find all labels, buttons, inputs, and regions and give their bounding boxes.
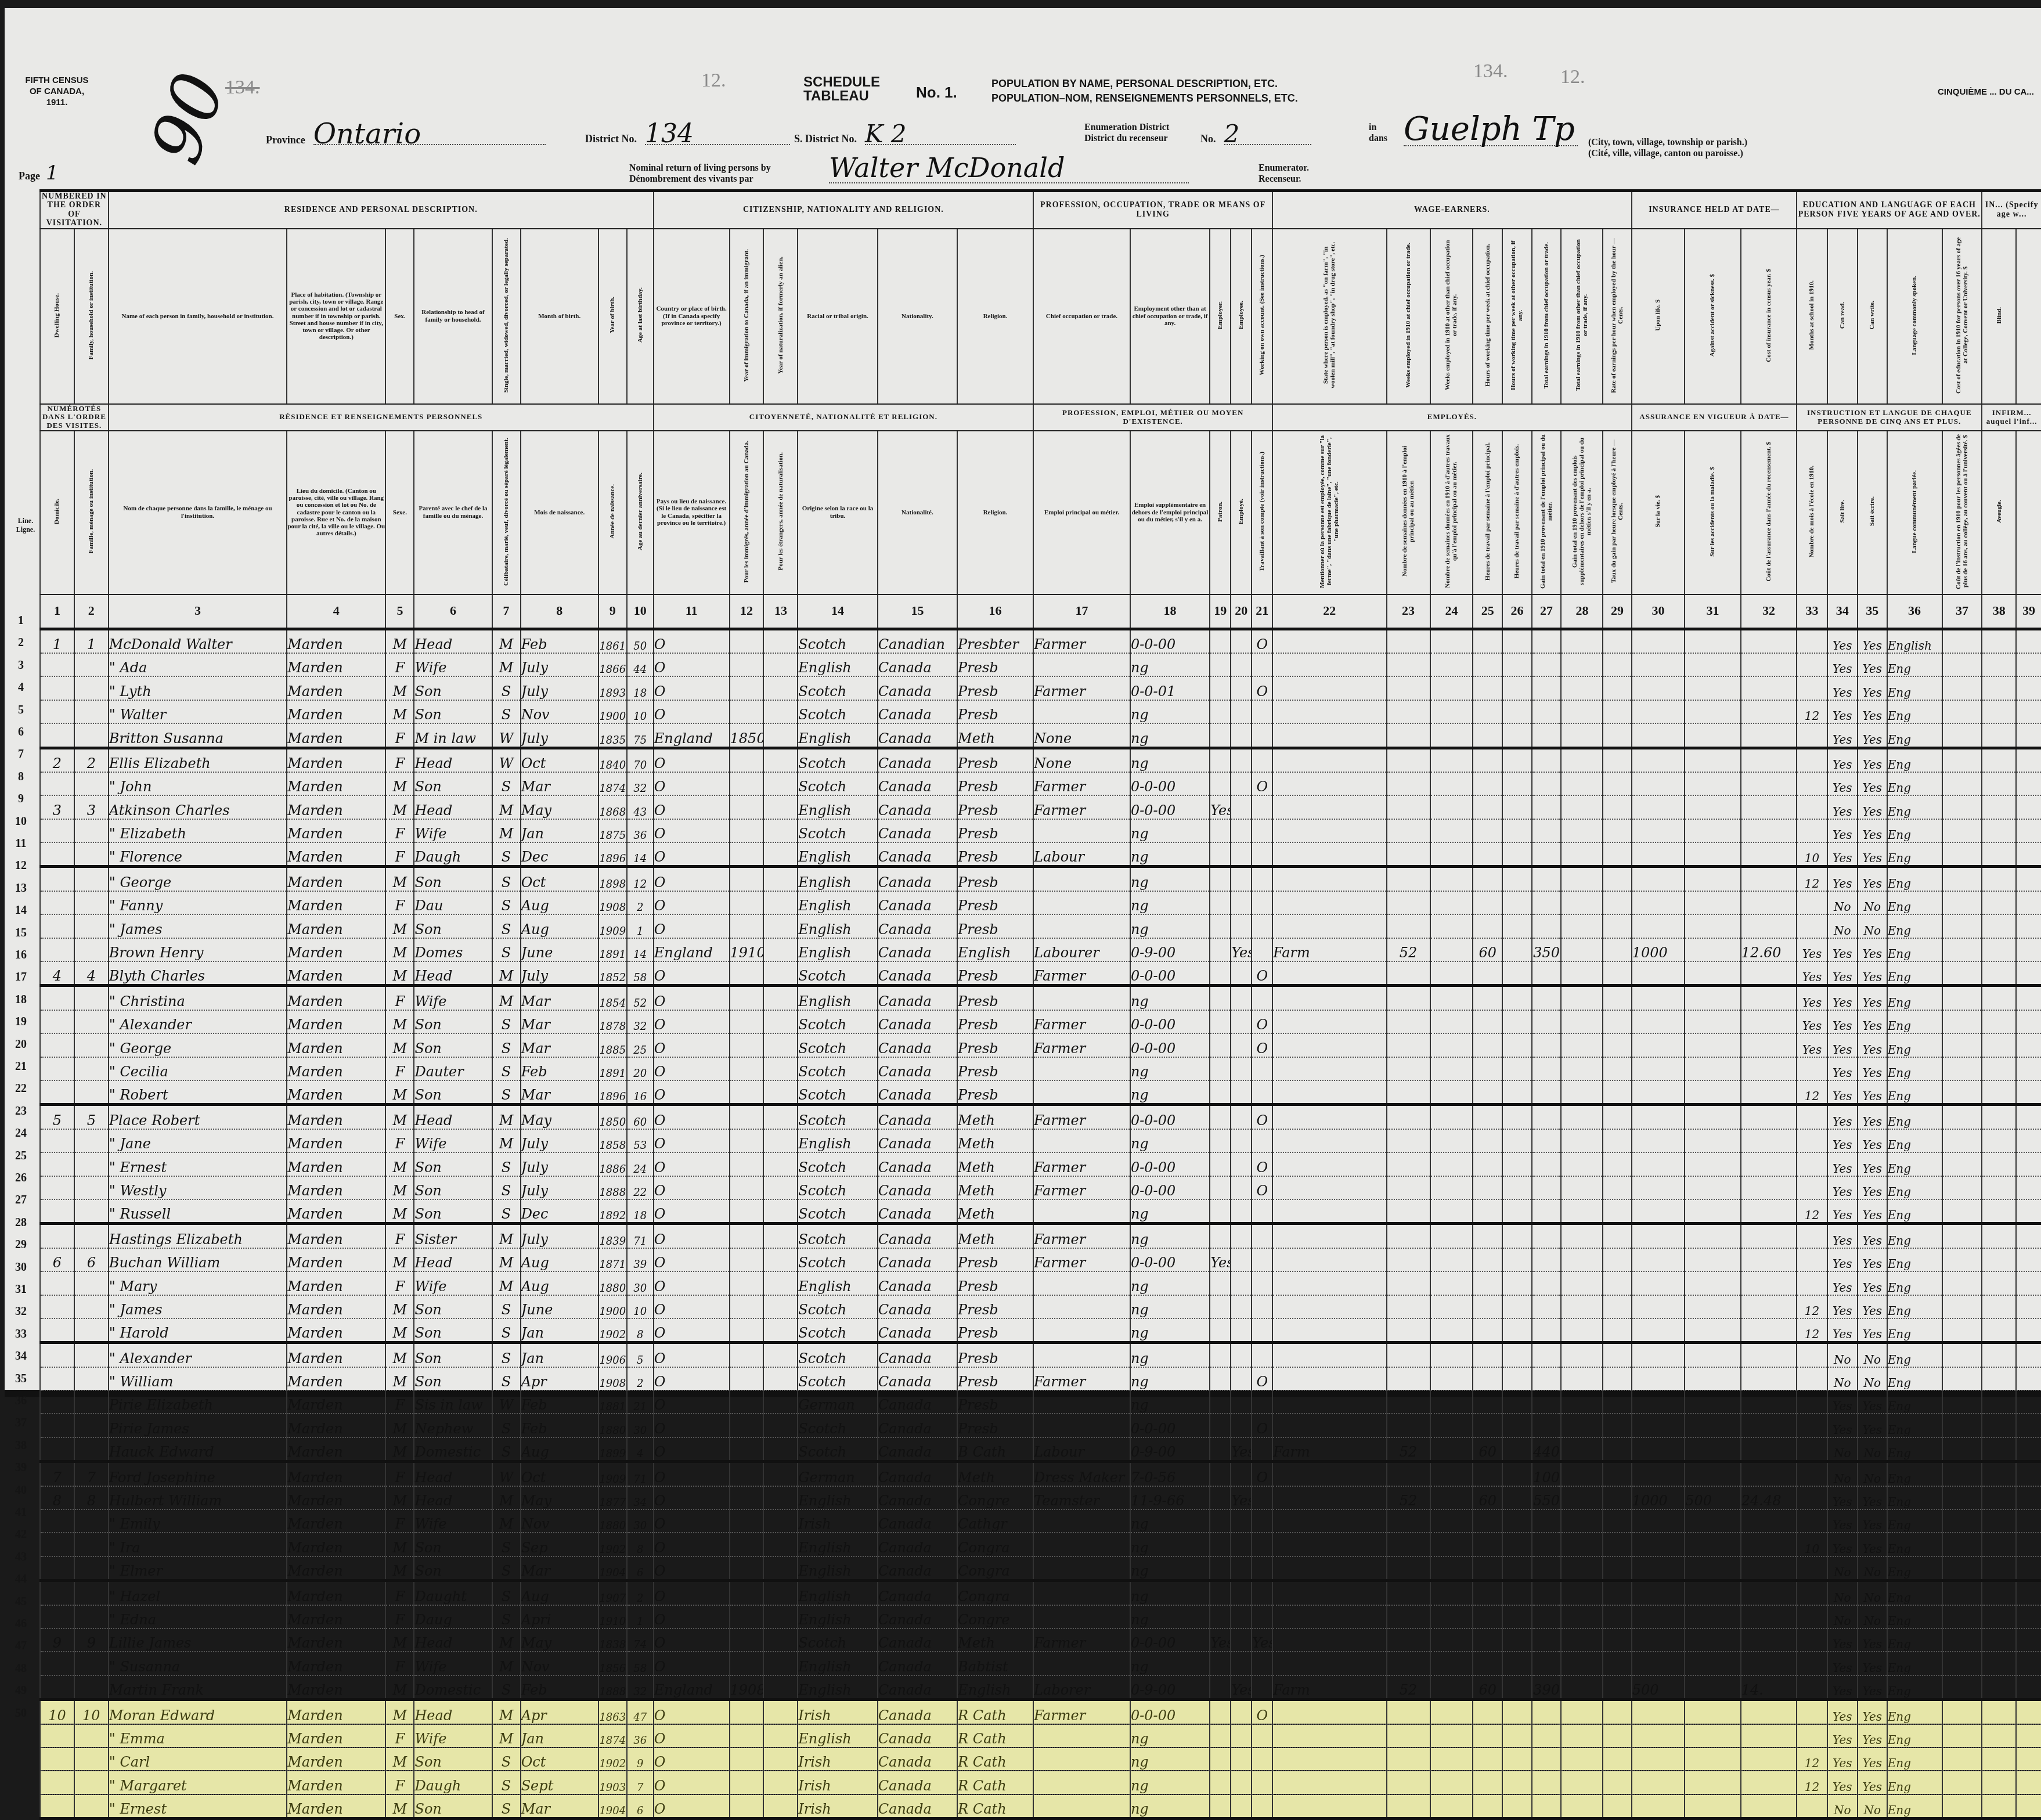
cell-nationality[interactable]: Canada xyxy=(878,1152,957,1176)
cell-natur[interactable] xyxy=(763,1271,798,1295)
cell-earn-other[interactable] xyxy=(1561,1318,1603,1343)
cell-age[interactable]: 58 xyxy=(627,961,654,986)
cell-rate-hour[interactable] xyxy=(1603,1224,1631,1248)
cell-earn-chief[interactable] xyxy=(1532,1367,1562,1390)
cell-religion[interactable]: Presb xyxy=(957,1343,1033,1367)
cell-col39[interactable] xyxy=(2016,1295,2041,1318)
cell-religion[interactable]: Presb xyxy=(957,1080,1033,1105)
cell-religion[interactable]: Presb xyxy=(957,891,1033,914)
cell-language[interactable]: Eng xyxy=(1887,1318,1942,1343)
cell-relation[interactable]: Son xyxy=(414,676,492,700)
cell-rate-hour[interactable] xyxy=(1603,1367,1631,1390)
cell-occupation[interactable] xyxy=(1033,1271,1130,1295)
cell-weeks-other[interactable] xyxy=(1430,1271,1473,1295)
cell-relation[interactable]: Son xyxy=(414,1176,492,1199)
cell-sex[interactable]: F xyxy=(385,723,414,748)
cell-nationality[interactable]: Canada xyxy=(878,1295,957,1318)
cell-origin[interactable]: English xyxy=(798,1271,877,1295)
cell-ins-accident[interactable] xyxy=(1685,1010,1741,1033)
cell-religion[interactable]: Presb xyxy=(957,1318,1033,1343)
cell-religion[interactable]: English xyxy=(957,938,1033,961)
cell-employer[interactable] xyxy=(1210,700,1231,723)
cell-col39[interactable] xyxy=(2016,795,2041,819)
cell-school-months[interactable] xyxy=(1797,772,1827,795)
cell-own-account[interactable] xyxy=(1252,1057,1272,1080)
cell-school-months[interactable] xyxy=(1797,748,1827,772)
cell-own-account[interactable]: O xyxy=(1252,961,1272,986)
cell-ins-life[interactable] xyxy=(1632,1105,1685,1129)
cell-hours-chief[interactable] xyxy=(1473,1105,1502,1129)
cell-year[interactable]: 1874 xyxy=(598,772,627,795)
cell-dwelling[interactable]: 1 xyxy=(40,629,74,653)
cell-read[interactable]: Yes xyxy=(1827,1318,1858,1343)
cell-birthplace[interactable]: England xyxy=(654,938,730,961)
cell-natur[interactable] xyxy=(763,1367,798,1390)
cell-weeks-other[interactable] xyxy=(1430,1010,1473,1033)
cell-weeks-other[interactable] xyxy=(1430,653,1473,676)
cell-immig[interactable] xyxy=(730,1010,764,1033)
cell-edu-cost[interactable] xyxy=(1942,748,1982,772)
cell-read[interactable]: Yes xyxy=(1827,986,1858,1010)
cell-dwelling[interactable] xyxy=(40,842,74,867)
cell-hours-chief[interactable] xyxy=(1473,629,1502,653)
cell-employee[interactable] xyxy=(1231,653,1252,676)
cell-immig[interactable] xyxy=(730,653,764,676)
cell-age[interactable]: 18 xyxy=(627,676,654,700)
cell-language[interactable]: Eng xyxy=(1887,986,1942,1010)
cell-own-account[interactable]: O xyxy=(1252,1105,1272,1129)
cell-earn-other[interactable] xyxy=(1561,1248,1603,1271)
cell-origin[interactable]: English xyxy=(798,914,877,938)
cell-write[interactable]: Yes xyxy=(1858,700,1887,723)
cell-age[interactable]: 52 xyxy=(627,986,654,1010)
cell-birthplace[interactable]: O xyxy=(654,1010,730,1033)
cell-ins-life[interactable] xyxy=(1632,1152,1685,1176)
cell-nationality[interactable]: Canada xyxy=(878,867,957,891)
cell-nationality[interactable]: Canada xyxy=(878,1176,957,1199)
cell-weeks-other[interactable] xyxy=(1430,1105,1473,1129)
cell-immig[interactable] xyxy=(730,1318,764,1343)
cell-school-months[interactable]: Yes xyxy=(1797,1033,1827,1057)
cell-school-months[interactable] xyxy=(1797,914,1827,938)
cell-family[interactable] xyxy=(74,867,109,891)
cell-weeks-chief[interactable] xyxy=(1387,1105,1430,1129)
cell-dwelling[interactable] xyxy=(40,891,74,914)
cell-ins-cost[interactable] xyxy=(1741,1390,1797,1403)
cell-birthplace[interactable]: O xyxy=(654,867,730,891)
cell-hours-chief[interactable] xyxy=(1473,986,1502,1010)
cell-earn-other[interactable] xyxy=(1561,938,1603,961)
cell-month[interactable]: Aug xyxy=(521,914,598,938)
cell-edu-cost[interactable] xyxy=(1942,1010,1982,1033)
cell-weeks-other[interactable] xyxy=(1430,1199,1473,1224)
cell-nationality[interactable]: Canada xyxy=(878,819,957,842)
cell-origin[interactable]: Scotch xyxy=(798,1343,877,1367)
cell-read[interactable]: Yes xyxy=(1827,1080,1858,1105)
cell-religion[interactable]: Meth xyxy=(957,1152,1033,1176)
cell-employer[interactable] xyxy=(1210,1343,1231,1367)
cell-other-emp[interactable]: ng xyxy=(1130,1271,1210,1295)
cell-earn-other[interactable] xyxy=(1561,676,1603,700)
cell-name[interactable]: " John xyxy=(109,772,287,795)
cell-employee[interactable] xyxy=(1231,1152,1252,1176)
cell-language[interactable]: Eng xyxy=(1887,795,1942,819)
cell-edu-cost[interactable] xyxy=(1942,653,1982,676)
cell-immig[interactable] xyxy=(730,629,764,653)
cell-origin[interactable]: Scotch xyxy=(798,961,877,986)
cell-month[interactable]: July xyxy=(521,1152,598,1176)
cell-ins-cost[interactable] xyxy=(1741,795,1797,819)
cell-where-employed[interactable] xyxy=(1272,1367,1386,1390)
cell-dwelling[interactable] xyxy=(40,1367,74,1390)
cell-sex[interactable]: F xyxy=(385,748,414,772)
cell-sex[interactable]: M xyxy=(385,772,414,795)
cell-school-months[interactable]: 12 xyxy=(1797,1199,1827,1224)
cell-blind[interactable] xyxy=(1982,867,2016,891)
cell-hours-other[interactable] xyxy=(1502,891,1532,914)
cell-school-months[interactable] xyxy=(1797,1129,1827,1152)
cell-own-account[interactable]: O xyxy=(1252,1033,1272,1057)
cell-family[interactable]: 5 xyxy=(74,1105,109,1129)
cell-weeks-chief[interactable] xyxy=(1387,1343,1430,1367)
cell-sex[interactable]: F xyxy=(385,1129,414,1152)
cell-family[interactable] xyxy=(74,819,109,842)
cell-edu-cost[interactable] xyxy=(1942,629,1982,653)
cell-immig[interactable] xyxy=(730,1105,764,1129)
cell-ins-life[interactable] xyxy=(1632,700,1685,723)
cell-blind[interactable] xyxy=(1982,1033,2016,1057)
cell-name[interactable]: " George xyxy=(109,867,287,891)
cell-col39[interactable] xyxy=(2016,842,2041,867)
cell-ins-cost[interactable] xyxy=(1741,1224,1797,1248)
cell-read[interactable]: Yes xyxy=(1827,1224,1858,1248)
cell-weeks-other[interactable] xyxy=(1430,772,1473,795)
cell-birthplace[interactable]: O xyxy=(654,1105,730,1129)
cell-occupation[interactable] xyxy=(1033,1057,1130,1080)
cell-school-months[interactable] xyxy=(1797,1057,1827,1080)
cell-birthplace[interactable]: O xyxy=(654,842,730,867)
cell-name[interactable]: " Cecilia xyxy=(109,1057,287,1080)
cell-age[interactable]: 43 xyxy=(627,795,654,819)
cell-occupation[interactable]: None xyxy=(1033,748,1130,772)
cell-read[interactable]: Yes xyxy=(1827,1010,1858,1033)
cell-nationality[interactable]: Canada xyxy=(878,1080,957,1105)
cell-sex[interactable]: F xyxy=(385,1224,414,1248)
cell-read[interactable]: Yes xyxy=(1827,961,1858,986)
cell-rate-hour[interactable] xyxy=(1603,1057,1631,1080)
cell-ins-accident[interactable] xyxy=(1685,1057,1741,1080)
cell-birthplace[interactable]: O xyxy=(654,1271,730,1295)
cell-col39[interactable] xyxy=(2016,1105,2041,1129)
cell-family[interactable] xyxy=(74,723,109,748)
cell-relation[interactable]: Son xyxy=(414,1295,492,1318)
cell-ins-cost[interactable] xyxy=(1741,1271,1797,1295)
cell-earn-chief[interactable] xyxy=(1532,1248,1562,1271)
cell-ins-life[interactable] xyxy=(1632,629,1685,653)
cell-employee[interactable] xyxy=(1231,1199,1252,1224)
cell-blind[interactable] xyxy=(1982,1176,2016,1199)
cell-year[interactable]: 1900 xyxy=(598,700,627,723)
cell-other-emp[interactable]: 0-0-00 xyxy=(1130,1105,1210,1129)
cell-school-months[interactable] xyxy=(1797,1367,1827,1390)
cell-hours-other[interactable] xyxy=(1502,1129,1532,1152)
cell-read[interactable]: Yes xyxy=(1827,795,1858,819)
cell-sex[interactable]: F xyxy=(385,653,414,676)
cell-marital[interactable]: S xyxy=(492,1199,521,1224)
cell-natur[interactable] xyxy=(763,723,798,748)
cell-read[interactable]: Yes xyxy=(1827,842,1858,867)
cell-natur[interactable] xyxy=(763,748,798,772)
cell-employer[interactable] xyxy=(1210,842,1231,867)
cell-family[interactable] xyxy=(74,653,109,676)
cell-col39[interactable] xyxy=(2016,1080,2041,1105)
cell-religion[interactable]: Presb xyxy=(957,700,1033,723)
cell-language[interactable]: Eng xyxy=(1887,914,1942,938)
cell-hours-other[interactable] xyxy=(1502,986,1532,1010)
cell-month[interactable]: Feb xyxy=(521,629,598,653)
cell-rate-hour[interactable] xyxy=(1603,1010,1631,1033)
cell-age[interactable]: 24 xyxy=(627,1152,654,1176)
cell-birthplace[interactable]: O xyxy=(654,748,730,772)
cell-ins-cost[interactable] xyxy=(1741,1080,1797,1105)
cell-ins-accident[interactable] xyxy=(1685,795,1741,819)
cell-relation[interactable]: Son xyxy=(414,1343,492,1367)
cell-weeks-other[interactable] xyxy=(1430,1343,1473,1367)
cell-natur[interactable] xyxy=(763,1057,798,1080)
cell-relation[interactable]: M in law xyxy=(414,723,492,748)
cell-ins-accident[interactable] xyxy=(1685,748,1741,772)
cell-school-months[interactable] xyxy=(1797,1248,1827,1271)
cell-natur[interactable] xyxy=(763,653,798,676)
cell-earn-chief[interactable] xyxy=(1532,1057,1562,1080)
cell-edu-cost[interactable] xyxy=(1942,795,1982,819)
cell-where-employed[interactable] xyxy=(1272,1199,1386,1224)
cell-marital[interactable]: S xyxy=(492,938,521,961)
cell-name[interactable]: " Westly xyxy=(109,1176,287,1199)
cell-employee[interactable] xyxy=(1231,629,1252,653)
cell-weeks-other[interactable] xyxy=(1430,1176,1473,1199)
cell-ins-life[interactable] xyxy=(1632,795,1685,819)
cell-language[interactable]: Eng xyxy=(1887,1105,1942,1129)
cell-place[interactable]: Marden xyxy=(287,1010,385,1033)
cell-year[interactable]: 1854 xyxy=(598,986,627,1010)
cell-nationality[interactable]: Canada xyxy=(878,1129,957,1152)
cell-age[interactable]: 75 xyxy=(627,723,654,748)
cell-age[interactable]: 2 xyxy=(627,891,654,914)
cell-read[interactable]: Yes xyxy=(1827,748,1858,772)
cell-hours-other[interactable] xyxy=(1502,676,1532,700)
cell-rate-hour[interactable] xyxy=(1603,1295,1631,1318)
cell-ins-cost[interactable] xyxy=(1741,723,1797,748)
cell-employee[interactable]: Yes xyxy=(1231,938,1252,961)
cell-origin[interactable]: Scotch xyxy=(798,1224,877,1248)
cell-relation[interactable]: Wife xyxy=(414,1271,492,1295)
cell-write[interactable]: Yes xyxy=(1858,867,1887,891)
cell-occupation[interactable] xyxy=(1033,891,1130,914)
cell-dwelling[interactable] xyxy=(40,723,74,748)
cell-earn-chief[interactable] xyxy=(1532,1152,1562,1176)
cell-birthplace[interactable]: O xyxy=(654,676,730,700)
cell-weeks-chief[interactable] xyxy=(1387,1295,1430,1318)
cell-other-emp[interactable]: 0-0-00 xyxy=(1130,961,1210,986)
cell-weeks-chief[interactable] xyxy=(1387,1176,1430,1199)
cell-dwelling[interactable] xyxy=(40,700,74,723)
cell-sex[interactable]: F xyxy=(385,1390,414,1403)
cell-name[interactable]: " Elizabeth xyxy=(109,819,287,842)
cell-language[interactable]: Eng xyxy=(1887,867,1942,891)
cell-earn-other[interactable] xyxy=(1561,1105,1603,1129)
cell-dwelling[interactable] xyxy=(40,1343,74,1367)
cell-weeks-chief[interactable] xyxy=(1387,1129,1430,1152)
cell-ins-cost[interactable] xyxy=(1741,629,1797,653)
cell-school-months[interactable] xyxy=(1797,1224,1827,1248)
cell-immig[interactable] xyxy=(730,986,764,1010)
cell-dwelling[interactable] xyxy=(40,1129,74,1152)
cell-relation[interactable]: Head xyxy=(414,629,492,653)
cell-nationality[interactable]: Canada xyxy=(878,748,957,772)
cell-earn-other[interactable] xyxy=(1561,1295,1603,1318)
cell-relation[interactable]: Head xyxy=(414,1248,492,1271)
cell-ins-accident[interactable] xyxy=(1685,676,1741,700)
cell-relation[interactable]: Son xyxy=(414,1033,492,1057)
cell-natur[interactable] xyxy=(763,1080,798,1105)
cell-col39[interactable] xyxy=(2016,819,2041,842)
cell-hours-other[interactable] xyxy=(1502,1105,1532,1129)
cell-language[interactable]: Eng xyxy=(1887,1152,1942,1176)
cell-blind[interactable] xyxy=(1982,772,2016,795)
cell-nationality[interactable]: Canada xyxy=(878,1105,957,1129)
cell-edu-cost[interactable] xyxy=(1942,1367,1982,1390)
cell-religion[interactable]: Presb xyxy=(957,653,1033,676)
cell-ins-accident[interactable] xyxy=(1685,1271,1741,1295)
cell-name[interactable]: " Christina xyxy=(109,986,287,1010)
cell-marital[interactable]: S xyxy=(492,1295,521,1318)
cell-write[interactable]: No xyxy=(1858,891,1887,914)
cell-read[interactable]: Yes xyxy=(1827,938,1858,961)
cell-place[interactable]: Marden xyxy=(287,1224,385,1248)
cell-ins-cost[interactable] xyxy=(1741,1152,1797,1176)
cell-write[interactable]: Yes xyxy=(1858,772,1887,795)
cell-ins-cost[interactable] xyxy=(1741,842,1797,867)
cell-year[interactable]: 1861 xyxy=(598,629,627,653)
cell-weeks-chief[interactable] xyxy=(1387,1010,1430,1033)
cell-write[interactable]: Yes xyxy=(1858,1080,1887,1105)
cell-hours-other[interactable] xyxy=(1502,748,1532,772)
cell-rate-hour[interactable] xyxy=(1603,748,1631,772)
cell-rate-hour[interactable] xyxy=(1603,1199,1631,1224)
cell-language[interactable]: Eng xyxy=(1887,938,1942,961)
cell-year[interactable]: 1840 xyxy=(598,748,627,772)
cell-age[interactable]: 60 xyxy=(627,1105,654,1129)
cell-employer[interactable]: Yes xyxy=(1210,795,1231,819)
cell-religion[interactable]: Presb xyxy=(957,1367,1033,1390)
cell-occupation[interactable]: Labourer xyxy=(1033,938,1130,961)
cell-year[interactable]: 1891 xyxy=(598,938,627,961)
cell-where-employed[interactable] xyxy=(1272,891,1386,914)
cell-ins-accident[interactable] xyxy=(1685,1318,1741,1343)
cell-school-months[interactable]: Yes xyxy=(1797,938,1827,961)
cell-hours-other[interactable] xyxy=(1502,1033,1532,1057)
cell-other-emp[interactable]: ng xyxy=(1130,1318,1210,1343)
cell-col39[interactable] xyxy=(2016,1367,2041,1390)
cell-rate-hour[interactable] xyxy=(1603,1271,1631,1295)
cell-ins-life[interactable] xyxy=(1632,1033,1685,1057)
cell-occupation[interactable] xyxy=(1033,653,1130,676)
cell-earn-chief[interactable] xyxy=(1532,867,1562,891)
cell-read[interactable]: No xyxy=(1827,1343,1858,1367)
cell-occupation[interactable]: Farmer xyxy=(1033,1152,1130,1176)
cell-religion[interactable]: Presbter xyxy=(957,629,1033,653)
cell-origin[interactable]: Scotch xyxy=(798,819,877,842)
cell-sex[interactable]: M xyxy=(385,1367,414,1390)
cell-where-employed[interactable] xyxy=(1272,723,1386,748)
cell-relation[interactable]: Dauter xyxy=(414,1057,492,1080)
cell-own-account[interactable] xyxy=(1252,914,1272,938)
cell-write[interactable]: Yes xyxy=(1858,1318,1887,1343)
cell-dwelling[interactable] xyxy=(40,986,74,1010)
cell-family[interactable] xyxy=(74,1152,109,1176)
cell-relation[interactable]: Son xyxy=(414,1010,492,1033)
cell-religion[interactable]: Presb xyxy=(957,961,1033,986)
cell-hours-other[interactable] xyxy=(1502,1271,1532,1295)
cell-ins-cost[interactable] xyxy=(1741,700,1797,723)
cell-language[interactable]: Eng xyxy=(1887,1343,1942,1367)
cell-employer[interactable] xyxy=(1210,819,1231,842)
cell-col39[interactable] xyxy=(2016,891,2041,914)
cell-blind[interactable] xyxy=(1982,1271,2016,1295)
cell-family[interactable] xyxy=(74,1367,109,1390)
cell-hours-chief[interactable] xyxy=(1473,1033,1502,1057)
cell-month[interactable]: Dec xyxy=(521,1199,598,1224)
cell-hours-chief[interactable] xyxy=(1473,1295,1502,1318)
cell-employer[interactable] xyxy=(1210,1152,1231,1176)
cell-where-employed[interactable] xyxy=(1272,1318,1386,1343)
cell-family[interactable] xyxy=(74,1224,109,1248)
cell-earn-chief[interactable] xyxy=(1532,1176,1562,1199)
cell-name[interactable]: Atkinson Charles xyxy=(109,795,287,819)
cell-own-account[interactable] xyxy=(1252,819,1272,842)
cell-rate-hour[interactable] xyxy=(1603,1129,1631,1152)
cell-dwelling[interactable] xyxy=(40,819,74,842)
cell-year[interactable]: 1892 xyxy=(598,1199,627,1224)
cell-hours-chief[interactable] xyxy=(1473,653,1502,676)
cell-hours-other[interactable] xyxy=(1502,772,1532,795)
cell-write[interactable]: Yes xyxy=(1858,1271,1887,1295)
cell-hours-chief[interactable] xyxy=(1473,1010,1502,1033)
cell-ins-life[interactable] xyxy=(1632,914,1685,938)
cell-family[interactable] xyxy=(74,1080,109,1105)
cell-name[interactable]: " Florence xyxy=(109,842,287,867)
cell-month[interactable]: Oct xyxy=(521,748,598,772)
cell-ins-accident[interactable] xyxy=(1685,938,1741,961)
cell-school-months[interactable]: 12 xyxy=(1797,867,1827,891)
cell-relation[interactable]: Head xyxy=(414,795,492,819)
cell-other-emp[interactable]: 0-0-00 xyxy=(1130,1248,1210,1271)
cell-dwelling[interactable] xyxy=(40,1033,74,1057)
cell-other-emp[interactable]: ng xyxy=(1130,1199,1210,1224)
cell-relation[interactable]: Son xyxy=(414,772,492,795)
cell-weeks-chief[interactable] xyxy=(1387,795,1430,819)
cell-immig[interactable] xyxy=(730,700,764,723)
cell-place[interactable]: Marden xyxy=(287,867,385,891)
cell-year[interactable]: 1881 xyxy=(598,1390,627,1403)
cell-family[interactable] xyxy=(74,1176,109,1199)
cell-language[interactable]: Eng xyxy=(1887,676,1942,700)
cell-family[interactable] xyxy=(74,676,109,700)
cell-edu-cost[interactable] xyxy=(1942,1033,1982,1057)
cell-sex[interactable]: F xyxy=(385,842,414,867)
cell-rate-hour[interactable] xyxy=(1603,961,1631,986)
